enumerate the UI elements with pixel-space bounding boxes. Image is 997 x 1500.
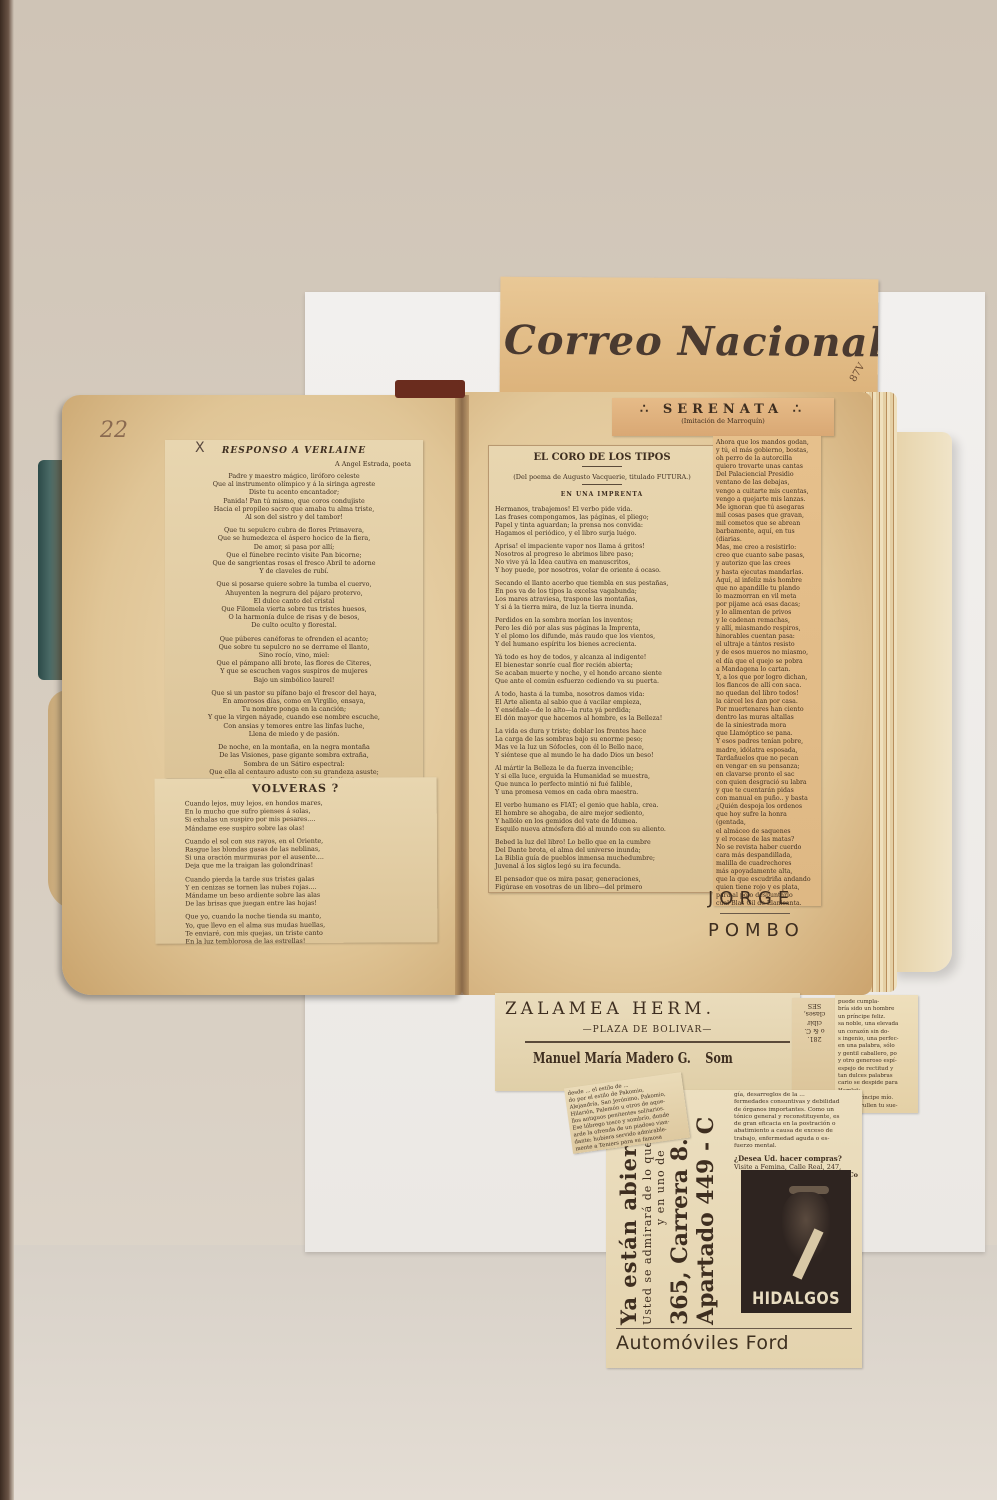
stanza: Yá todo es hoy de todos, y alcanza al in… [495, 654, 709, 686]
upside-down-text: 281.o & C.cibirclases,SES [796, 1002, 833, 1043]
text-line: Tardañuelos que no pecan [716, 755, 818, 763]
text-line: ¿Quién despoja los ordenos [716, 803, 818, 811]
verse-line: De las Visiones, pase gigante sombra ext… [171, 751, 417, 759]
verse-line: Nosotros al progreso le abrimos libre pa… [495, 551, 709, 559]
text-line: el ultraje a tántos resisto [716, 641, 818, 649]
stanza: Bebed la luz del libro! Lo bello que en … [495, 839, 709, 871]
verse-line: Las frases compongamos, las páginas, el … [495, 514, 709, 522]
poem-subtitle: (Del poema de Augusto Vacquerie, titulad… [495, 473, 709, 481]
loose-page [890, 432, 952, 972]
text-line: que no apandille tu plando [716, 585, 818, 593]
text-line: y allí, miasmando respiros, [716, 625, 818, 633]
verse-line: Se acaban muerte y noche, y el hondo arc… [495, 670, 709, 678]
verse-line: Mas ve la luz un Sófocles, con él lo Bel… [495, 744, 709, 752]
verse-line: Que si posarse quiere sobre la tumba el … [171, 580, 417, 588]
verse-line: Panida! Pan tú mismo, que coros condujis… [171, 497, 417, 505]
text-line: de la siniestrada mora [716, 722, 818, 730]
text-line: creo que cuanto sabe pasas, [716, 552, 818, 560]
verse-line: Hacia el propileo sacro que amaba tu alm… [171, 505, 417, 513]
verse-line: Que el fúnebre recinto visite Pan bicorn… [171, 551, 417, 559]
verse-line: Que tu sepulcro cubra de flores Primaver… [171, 526, 417, 534]
clipping-upside-down: 281.o & C.cibirclases,SES [792, 998, 837, 1093]
stanza: Cuando lejos, muy lejos, en hondos mares… [175, 798, 417, 832]
text-line: y autorizo que las crees [716, 560, 818, 568]
stanza: Perdidos en la sombra morían los invento… [495, 617, 709, 649]
stanza: Cuando el sol con sus rayos, en el Orien… [175, 836, 417, 870]
stanza: Al mártir la Belleza le da fuerza invenc… [495, 765, 709, 797]
text-line: malilla de cuadrechores [716, 860, 818, 868]
divider [582, 484, 622, 485]
stanza: Hermanos, trabajemos! El verbo pide vida… [495, 506, 709, 538]
text-line: oh perro de la autorcilla [716, 455, 818, 463]
text-line: el día que el quejo se pobra [716, 658, 818, 666]
verse-line: Que ella al centauro adusto con su grand… [171, 768, 417, 776]
verse-line: Que sobre tu sepulcro no se derrame el l… [171, 643, 417, 651]
stanza: El verbo humano es FIAT; el genio que ha… [495, 802, 709, 834]
verse-line: Y siéntese que al mundo le ha dado Dios … [495, 752, 709, 760]
verse-line: Secando el llanto acerbo que tiembla en … [495, 580, 709, 588]
text-line: cibir [796, 1018, 833, 1026]
verse-line: De culto oculto y florestal. [171, 621, 417, 629]
clipping-responso-a-verlaine: X RESPONSO A VERLAINE A Angel Estrada, p… [165, 440, 423, 778]
verse-line: El hombre se ahogaba, de aire mejor sedi… [495, 810, 709, 818]
verse-line: O la harmonía dulce de risas y de besos, [171, 613, 417, 621]
text-line: (gentada, [716, 819, 818, 827]
text-line: dentro las muras altallas [716, 714, 818, 722]
text-line: fuerzo mental. [734, 1143, 858, 1150]
verse-line: Que al instrumento olímpico y á la sirin… [171, 480, 417, 488]
ford-brand: Automóviles Ford [616, 1332, 789, 1354]
verse-line: Ahuyenten la negrura del pájaro protervo… [171, 589, 417, 597]
stanza: Que púberes canéforas te ofrenden el aca… [171, 635, 417, 684]
text-line: hinorables cuentan pasa: [716, 633, 818, 641]
verse-line: Y que se escuchen vagos suspiros de muje… [171, 667, 417, 675]
text-line: ventano de las debajas, [716, 479, 818, 487]
text-line: de órganos importantes. Como un [734, 1107, 858, 1114]
verse-line: Esquilo nueva atmósfera dió al mundo con… [495, 826, 709, 834]
verse-line: En amorosos días, como en Virgilio, ensa… [171, 697, 417, 705]
verse-line: Y de claveles de rubí. [171, 567, 417, 575]
text-line: de gran eficacia en la postración o [734, 1121, 858, 1128]
verse-line: La Biblia guía de pueblos inmensa muched… [495, 855, 709, 863]
stanza: Aprisa! el impaciente vapor nos llama á … [495, 543, 709, 575]
verse-line: Aprisa! el impaciente vapor nos llama á … [495, 543, 709, 551]
tonic-advert: gía, desarreglos de la ...fermedades con… [734, 1092, 858, 1179]
cigar-brand: HIDALGOS [749, 1289, 843, 1309]
verse-line: Que apareció en el mundo—ver nuevas edic… [495, 892, 709, 893]
serenata-subtitle: (Imitación de Marroquín) [612, 417, 834, 425]
text-line: cara más despandillada, [716, 852, 818, 860]
text-line: que Llamóptico se pana. [716, 730, 818, 738]
verse-line: La carga de las sombras bajo su enorme p… [495, 736, 709, 744]
verse-line: Hagamos el periódico, y el libro surja l… [495, 530, 709, 538]
stanza: El pensador que os mira pasar, generacio… [495, 876, 709, 893]
stanza: Que tu sepulcro cubra de flores Primaver… [171, 526, 417, 575]
verse-line: Y hallólo en los gemidos del vate de Idu… [495, 818, 709, 826]
text-line: a Mandagena lo cartan. [716, 666, 818, 674]
book-spine [395, 380, 465, 398]
ornament-icon: ∴ [793, 402, 806, 417]
verse-line: Pero les dió por alas sus páginas la Imp… [495, 625, 709, 633]
text-line: en clavarse pronto el sac [716, 771, 818, 779]
text-line: barbamente, aquí, en tus [716, 528, 818, 536]
page-number: 22 [100, 418, 128, 443]
text-line: Por muertenares han ciento [716, 706, 818, 714]
poem-body: Hermanos, trabajemos! El verbo pide vida… [495, 506, 709, 893]
advert-title: ZALAMEA HERM. [505, 999, 790, 1019]
text-line: con quien desgració su labra [716, 779, 818, 787]
stanza: Padre y maestro mágico, liróforo celeste… [171, 472, 417, 521]
text-line: por pijame acá esas dacas; [716, 601, 818, 609]
verse-line: Llena de miedo y de pasión. [171, 730, 417, 738]
verse-line: De las brisas que juegan entre las hojas… [175, 899, 417, 908]
verse-line: Y si á la tierra mira, de luz la tierra … [495, 604, 709, 612]
verse-line: Y el plomo los difunde, más raudo que lo… [495, 633, 709, 641]
book-gutter [455, 395, 469, 995]
verse-line: Papel y tinta aguardan; la prensa nos co… [495, 522, 709, 530]
divider [616, 1328, 852, 1329]
verse-line: El dón mayor que hacemos al hombre, es l… [495, 715, 709, 723]
stanza: Cuando pierda la tarde sus tristes galas… [175, 874, 417, 908]
verse-line: El bienestar sonríe cual flor recién abi… [495, 662, 709, 670]
verse-line: Y del humano espíritu los bienes acrecie… [495, 641, 709, 649]
verse-line: Perdidos en la sombra morían los invento… [495, 617, 709, 625]
stanza: La vida es dura y triste; doblar los fre… [495, 728, 709, 760]
verse-line: Bebed la luz del libro! Lo bello que en … [495, 839, 709, 847]
text-line: y de esos mueros no miasmo, [716, 649, 818, 657]
text-line: Y esos padres tenían pobre, [716, 738, 818, 746]
text-line: que hoy sufre la honra [716, 811, 818, 819]
text-line: y hasta ejecutas mandarlas. [716, 569, 818, 577]
poem-section: EN UNA IMPRENTA [495, 491, 709, 498]
verse-line: El pensador que os mira pasar, generacio… [495, 876, 709, 884]
verse-line: Al mártir la Belleza le da fuerza invenc… [495, 765, 709, 773]
divider [582, 466, 622, 467]
pencil-mark: X [195, 440, 205, 456]
text-line: mil cosas pases que gravan, [716, 512, 818, 520]
text-line: vengo a cuitarte mis cuentas, [716, 488, 818, 496]
verse-line: Que púberes canéforas te ofrenden el aca… [171, 635, 417, 643]
text-line: tan dulces palabras [838, 1073, 915, 1080]
text-line: y que te cuentarán pidas [716, 787, 818, 795]
verse-line: Y si ella luce, erguida la Humanidad se … [495, 773, 709, 781]
text-line: en una palabra, sólo [838, 1043, 915, 1050]
verse-line: Padre y maestro mágico, liróforo celeste [171, 472, 417, 480]
verse-line: El dulce canto del cristal [171, 597, 417, 605]
verse-line: Bajo un simbólico laurel! [171, 676, 417, 684]
verse-line: Y una promesa vemos en cada obra maestra… [495, 789, 709, 797]
text-line: gía, desarreglos de la ... [734, 1092, 858, 1099]
text-line: No se revista haber cuerdo [716, 844, 818, 852]
text-line: la cárcel les dan por casa. [716, 698, 818, 706]
verse-line: Que si un pastor su pífano bajo el fresc… [171, 689, 417, 697]
verse-line: Al son del sistro y del tambor! [171, 513, 417, 521]
text-line: quiero trovarte unas cantas [716, 463, 818, 471]
text-line: Me ignoran que tú asegaras [716, 504, 818, 512]
verse-line: La vida es dura y triste; doblar los fre… [495, 728, 709, 736]
stanza: De noche, en la montaña, en la negra mon… [171, 743, 417, 778]
verse-line: Que de sangrientas rosas el fresco Abril… [171, 559, 417, 567]
verse-line: Y hoy puede, por nosotros, volar de orie… [495, 567, 709, 575]
verse-line: Que nunca lo perfecto mintió ni fué fali… [495, 781, 709, 789]
text-line: bría sido un hombre [838, 1006, 915, 1013]
poem-title: VOLVERAS ? [175, 781, 417, 795]
text-line: un príncipe feliz. [838, 1014, 915, 1021]
verse-line: Tu nombre ponga en la canción; [171, 705, 417, 713]
stanza: Secando el llanto acerbo que tiembla en … [495, 580, 709, 612]
stanza: Que si posarse quiere sobre la tumba el … [171, 580, 417, 629]
serenata-author: JORGE POMBO [700, 888, 810, 948]
text-line: Mas, me creo a resistirlo: [716, 544, 818, 552]
table-edge [0, 0, 14, 1500]
text-line: (diarias. [716, 536, 818, 544]
text-line: no quedan del libro todos! [716, 690, 818, 698]
ornament-icon: ∴ [640, 402, 653, 417]
poem-body: Padre y maestro mágico, liróforo celeste… [171, 472, 417, 778]
verse-line: Diste tu acento encantador; [171, 488, 417, 496]
text-line: 281. [796, 1035, 833, 1043]
cigar-advert-image: HIDALGOS [741, 1170, 851, 1313]
verse-line: Figúrase en vosotras de un libro—del pri… [495, 884, 709, 892]
text-line: Del Palaciencial Presidio [716, 471, 818, 479]
text-line: un corazón sin do- [838, 1029, 915, 1036]
text-line: fermedades consuntivas y debilidad [734, 1099, 858, 1106]
text-line: y tú, el más gobierno, bostas, [716, 447, 818, 455]
poem-body: Cuando lejos, muy lejos, en hondos mares… [175, 798, 418, 943]
poem-title: EL CORO DE LOS TIPOS [495, 452, 709, 463]
clipping-el-coro-de-los-tipos: EL CORO DE LOS TIPOS (Del poema de Augus… [488, 445, 716, 893]
verse-line: De noche, en la montaña, en la negra mon… [171, 743, 417, 751]
text-line: Aquí, al infeliz más hombre [716, 577, 818, 585]
divider [720, 913, 790, 914]
text-line: trabajo, enfermedad aguda o es- [734, 1136, 858, 1143]
text-line: vengo a quejarte mis lanzas. [716, 496, 818, 504]
text-line: madre, idólatra esposada, [716, 747, 818, 755]
verse-line: Juvenal á los siglos legó su ira fecunda… [495, 863, 709, 871]
verse-line: El verbo humano es FIAT; el genio que ha… [495, 802, 709, 810]
clipping-volveras: VOLVERAS ? Cuando lejos, muy lejos, en h… [155, 777, 438, 943]
text-line: cario se despide para [838, 1080, 915, 1087]
divider [525, 1041, 790, 1043]
stanza: Que yo, cuando la noche tienda su manto,… [175, 912, 417, 944]
text-line: los flancos de allí con saca. [716, 682, 818, 690]
masthead-title: Correo Nacional [504, 317, 864, 367]
verse-line: Deja que me la traigan las golondrinas! [175, 861, 417, 870]
text-line: o & C. [796, 1027, 833, 1035]
advert-name: Manuel María Madero G. Som [533, 1049, 726, 1067]
text-line: Ahora que los mandos godan, [716, 439, 818, 447]
verse-line: Que se humedezca el áspero hocico de la … [171, 534, 417, 542]
verse-line: Mándame ese suspiro sobre las olas! [175, 823, 417, 832]
verse-line: Sino rocío, vino, miel: [171, 651, 417, 659]
text-line: abatimiento a causa de exceso de [734, 1128, 858, 1135]
verse-line: Sombra de un Sátiro espectral: [171, 760, 417, 768]
text-line: Y, a los que por logro dichan, [716, 674, 818, 682]
verse-line: Y enséñale—de lo alto—la ruta yá perdida… [495, 707, 709, 715]
poem-body: Ahora que los mandos godan,y tú, el más … [716, 439, 818, 906]
text-line: clases, [796, 1010, 833, 1018]
verse-line: Yá todo es hoy de todos, y alcanza al in… [495, 654, 709, 662]
verse-line: Del Dante brota, el alma del universo in… [495, 847, 709, 855]
text-line: sa noble, una elevada [838, 1021, 915, 1028]
verse-line: Y que la virgen náyade, cuando ese nombr… [171, 713, 417, 721]
text-line: que la que escudriña andando [716, 876, 818, 884]
text-line: lo mazmorran en vil meta [716, 593, 818, 601]
text-line: en vengar en su pensanza; [716, 763, 818, 771]
verse-line: Que el pámpano allí brote, las flores de… [171, 659, 417, 667]
text-line: y lo alimentan de privos [716, 609, 818, 617]
text-line: espejo de rectitud y [838, 1066, 915, 1073]
text-line: más apoyadamente alta, [716, 868, 818, 876]
verse-line: Que ante el común esfuerzo cediendo va s… [495, 678, 709, 686]
verse-line: De amor, si pasa por allí; [171, 543, 417, 551]
verse-line: No vive yá la Idea cautiva en manuscrito… [495, 559, 709, 567]
advert-question: ¿Desea Ud. hacer compras? [734, 1154, 858, 1163]
stanza: Que si un pastor su pífano bajo el fresc… [171, 689, 417, 738]
text-line: y otro generoso espí- [838, 1058, 915, 1065]
newspaper-masthead: Correo Nacional 87V [500, 277, 879, 402]
text-line: SES [796, 1002, 833, 1010]
clipping-serenata-header: ∴ SERENATA ∴ (Imitación de Marroquín) [612, 398, 834, 436]
stanza: A todo, hasta á la tumba, nosotros damos… [495, 691, 709, 723]
text-line: mil cometos que se abrean [716, 520, 818, 528]
poem-title: RESPONSO A VERLAINE [171, 446, 417, 456]
serenata-title: ∴ SERENATA ∴ [612, 402, 834, 417]
text-line: el almáceo de saquenes [716, 828, 818, 836]
verse-line: Con ansias y temores entre las linfas lu… [171, 722, 417, 730]
verse-line: A todo, hasta á la tumba, nosotros damos… [495, 691, 709, 699]
clipping-serenata-body: Ahora que los mandos godan,y tú, el más … [713, 436, 821, 906]
verse-line: El Arte alienta al sabio que á vacilar e… [495, 699, 709, 707]
text-line: con manual en puño.. y basta [716, 795, 818, 803]
verse-line: Los mares atraviesa, traspone las montañ… [495, 596, 709, 604]
verse-line: En pos va de los tipos la excelsa vagabu… [495, 588, 709, 596]
advert-subtitle: —PLAZA DE BOLIVAR— [505, 1025, 790, 1035]
text-line: y el rocase de las matas? [716, 836, 818, 844]
verse-line: Hermanos, trabajemos! El verbo pide vida… [495, 506, 709, 514]
poem-dedication: A Angel Estrada, poeta [171, 460, 411, 468]
verse-line: Que Filomela vierta sobre tus tristes hu… [171, 605, 417, 613]
text-line: y le cadenan remachas, [716, 617, 818, 625]
